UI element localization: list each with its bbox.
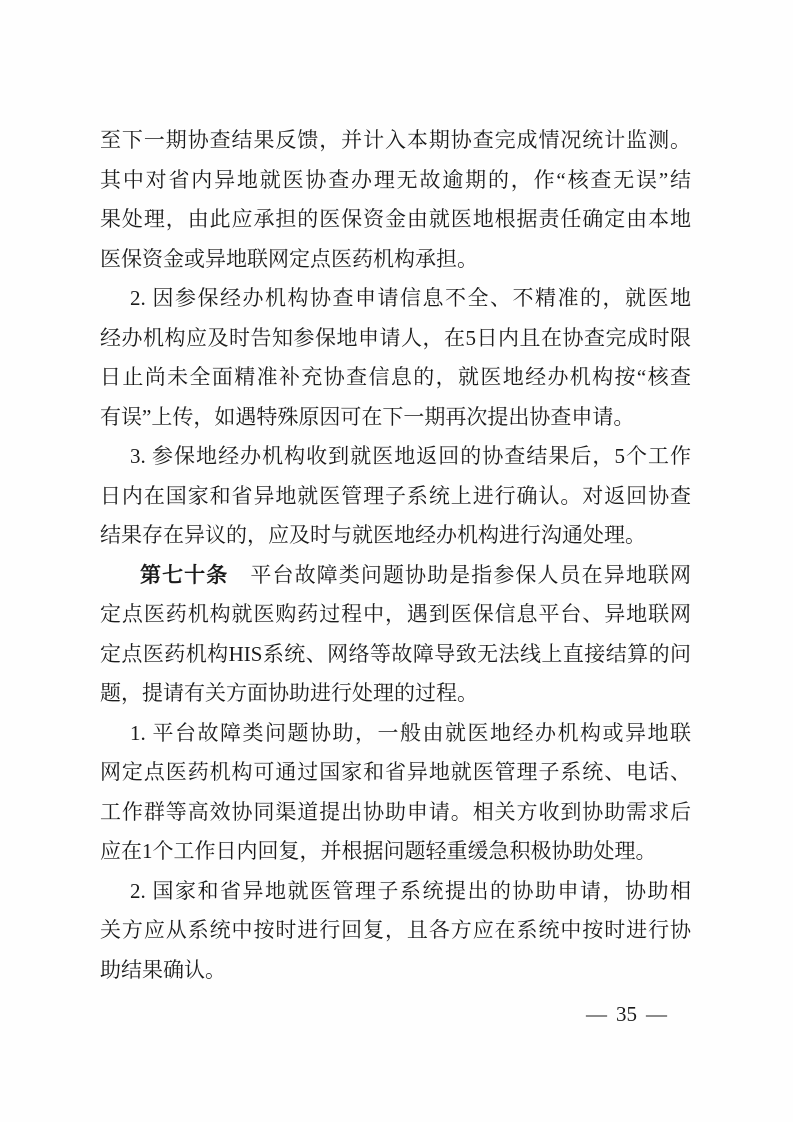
body-line: 定点医药机构HIS系统、网络等故障导致无法线上直接结算的问: [100, 635, 691, 675]
body-line: 有误”上传，如遇特殊原因可在下一期再次提出协查申请。: [100, 398, 691, 438]
body-line: 其中对省内异地就医协查办理无故逾期的，作“核查无误”结: [100, 161, 691, 201]
body-line: 助结果确认。: [100, 951, 691, 991]
page-number: 35: [616, 1001, 637, 1027]
body-line: 日内在国家和省异地就医管理子系统上进行确认。对返回协查: [100, 477, 691, 517]
body-line: 2. 国家和省异地就医管理子系统提出的协助申请，协助相: [100, 872, 691, 912]
body-line: 医保资金或异地联网定点医药机构承担。: [100, 240, 691, 280]
body-line: 定点医药机构就医购药过程中，遇到医保信息平台、异地联网: [100, 595, 691, 635]
body-line: 应在1个工作日内回复，并根据问题轻重缓急积极协助处理。: [100, 832, 691, 872]
body-line: 果处理，由此应承担的医保资金由就医地根据责任确定由本地: [100, 200, 691, 240]
page-footer: — 35 —: [586, 1001, 667, 1027]
article-number: 第七十条: [140, 563, 228, 587]
document-page: 至下一期协查结果反馈，并计入本期协查完成情况统计监测。其中对省内异地就医协查办理…: [0, 0, 793, 1122]
footer-dash-left: —: [586, 1001, 607, 1027]
body-line: 2. 因参保经办机构协查申请信息不全、不精准的，就医地: [100, 279, 691, 319]
body-line: 结果存在异议的，应及时与就医地经办机构进行沟通处理。: [100, 516, 691, 556]
body-line: 日止尚未全面精准补充协查信息的，就医地经办机构按“核查: [100, 358, 691, 398]
body-line: 关方应从系统中按时进行回复，且各方应在系统中按时进行协: [100, 911, 691, 951]
body-line: 第七十条 平台故障类问题协助是指参保人员在异地联网: [100, 556, 691, 596]
text-block: 至下一期协查结果反馈，并计入本期协查完成情况统计监测。其中对省内异地就医协查办理…: [100, 121, 691, 990]
body-line: 3. 参保地经办机构收到就医地返回的协查结果后，5个工作: [100, 437, 691, 477]
body-line: 经办机构应及时告知参保地申请人，在5日内且在协查完成时限: [100, 319, 691, 359]
body-line: 题，提请有关方面协助进行处理的过程。: [100, 674, 691, 714]
footer-dash-right: —: [646, 1001, 667, 1027]
body-line: 工作群等高效协同渠道提出协助申请。相关方收到协助需求后: [100, 793, 691, 833]
body-line: 网定点医药机构可通过国家和省异地就医管理子系统、电话、: [100, 753, 691, 793]
body-line: 至下一期协查结果反馈，并计入本期协查完成情况统计监测。: [100, 121, 691, 161]
body-line: 1. 平台故障类问题协助，一般由就医地经办机构或异地联: [100, 714, 691, 754]
